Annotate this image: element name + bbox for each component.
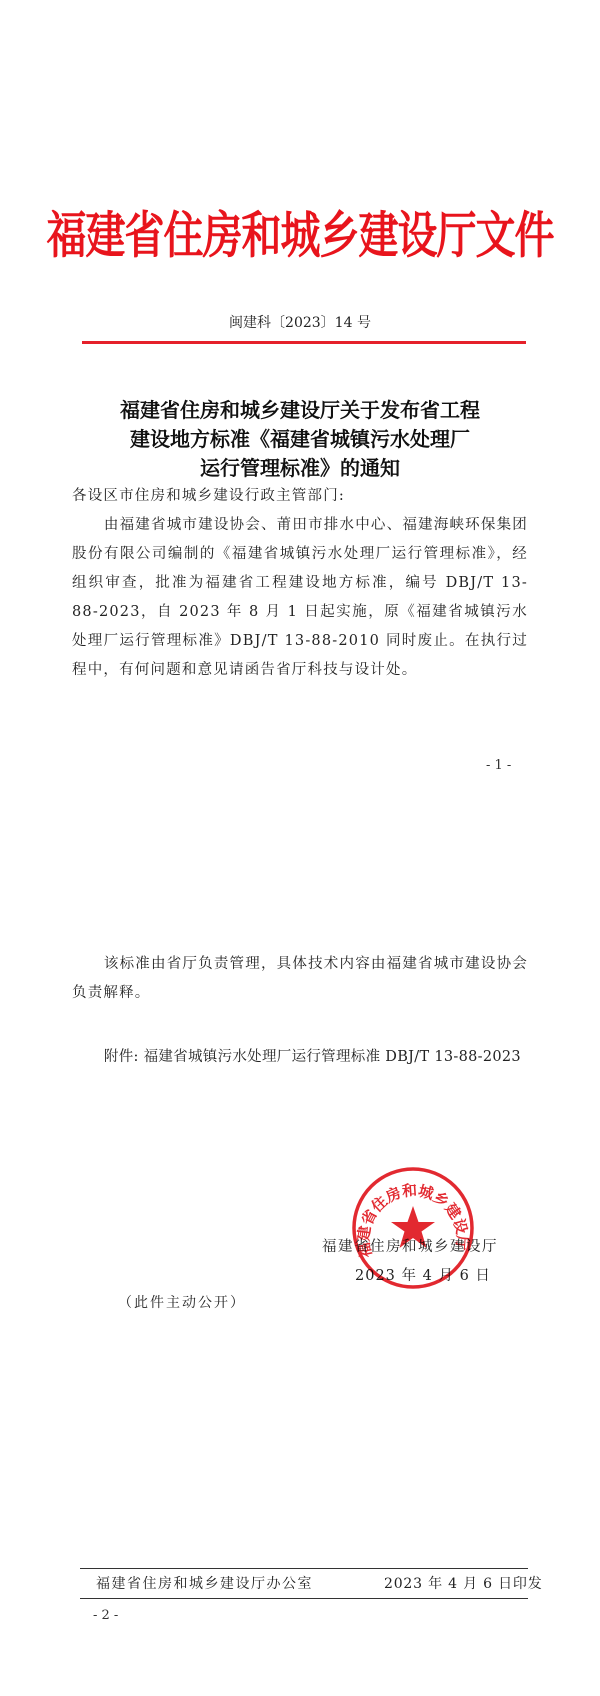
page-number-1: - 1 - xyxy=(486,758,511,773)
page-number-2: - 2 - xyxy=(93,1608,118,1623)
title-line: 福建省住房和城乡建设厅关于发布省工程 xyxy=(60,396,540,425)
footer-rule-bottom xyxy=(80,1598,528,1599)
footer-rule-top xyxy=(80,1568,528,1569)
document-number: 闽建科〔2023〕14 号 xyxy=(0,312,600,332)
official-seal-icon: 福建省住房和城乡建设厅 xyxy=(351,1166,475,1290)
attachment-line: 附件: 福建省城镇污水处理厂运行管理标准 DBJ/T 13-88-2023 xyxy=(72,1043,542,1072)
title-line: 运行管理标准》的通知 xyxy=(60,454,540,483)
footer-office: 福建省住房和城乡建设厅办公室 xyxy=(96,1573,313,1593)
notice-title: 福建省住房和城乡建设厅关于发布省工程 建设地方标准《福建省城镇污水处理厂 运行管… xyxy=(60,396,540,483)
body-paragraph-2: 该标准由省厅负责管理，具体技术内容由福建省城市建设协会负责解释。 xyxy=(72,950,528,1008)
red-divider xyxy=(82,341,526,344)
footer-print-date: 2023 年 4 月 6 日印发 xyxy=(384,1573,543,1593)
disclosure-note: （此件主动公开） xyxy=(118,1292,246,1312)
body-paragraph-1: 由福建省城市建设协会、莆田市排水中心、福建海峡环保集团股份有限公司编制的《福建省… xyxy=(72,511,528,685)
title-line: 建设地方标准《福建省城镇污水处理厂 xyxy=(60,425,540,454)
salutation: 各设区市住房和城乡建设行政主管部门: xyxy=(72,482,516,511)
masthead-title: 福建省住房和城乡建设厅文件 xyxy=(0,196,600,267)
